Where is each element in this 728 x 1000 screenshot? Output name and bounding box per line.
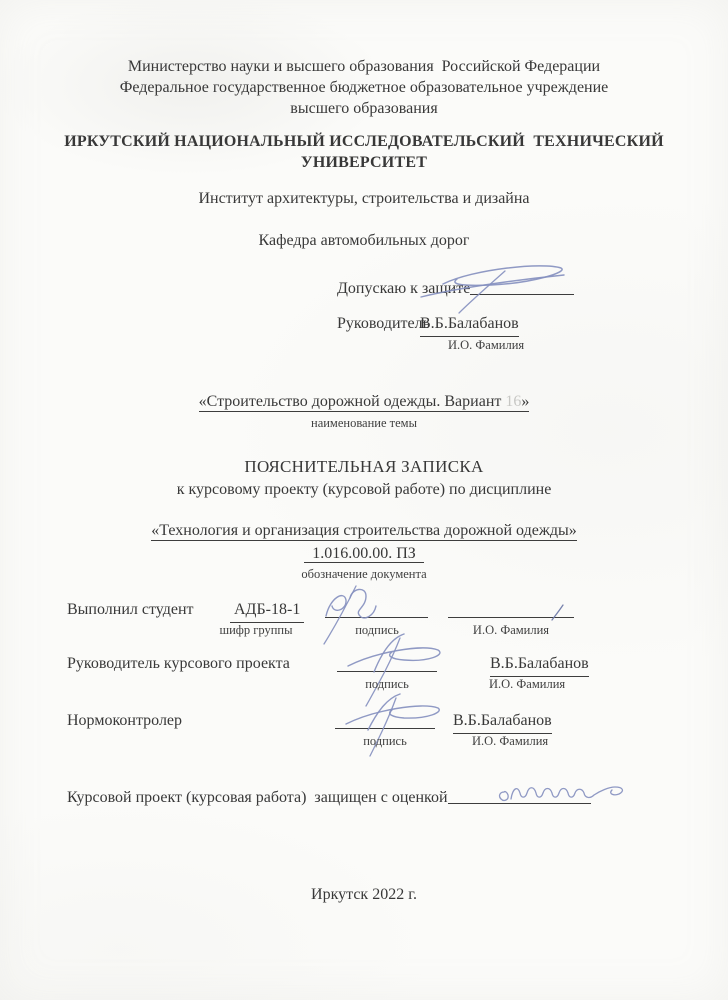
student-group-code: АДБ-18-1 — [230, 600, 304, 623]
document-code-caption: обозначение документа — [0, 566, 728, 582]
ministry-block: Министерство науки и высшего образования… — [0, 56, 728, 119]
grade-statement: Курсовой проект (курсовая работа) защище… — [67, 789, 448, 806]
university-name: ИРКУТСКИЙ НАЦИОНАЛЬНЫЙ ИССЛЕДОВАТЕЛЬСКИЙ… — [0, 131, 728, 173]
advisor-name-caption: И.О. Фамилия — [489, 676, 565, 692]
student-name-caption: И.О. Фамилия — [452, 622, 570, 638]
title-page-scan: Министерство науки и высшего образования… — [0, 0, 728, 1000]
ministry-line-1: Министерство науки и высшего образования… — [0, 56, 728, 77]
university-line-2: УНИВЕРСИТЕТ — [0, 152, 728, 173]
supervisor-label: Руководитель — [337, 314, 430, 335]
discipline-title: «Технология и организация строительства … — [0, 521, 728, 542]
document-code: 1.016.00.00. ПЗ — [0, 544, 728, 565]
advisor-name: В.Б.Балабанов — [490, 654, 589, 677]
grade-handwriting-stroke — [496, 779, 636, 809]
institute-name: Институт архитектуры, строительства и ди… — [0, 189, 728, 210]
approve-signature-stroke — [413, 260, 573, 315]
normcontrol-name-caption: И.О. Фамилия — [472, 733, 548, 749]
university-line-1: ИРКУТСКИЙ НАЦИОНАЛЬНЫЙ ИССЛЕДОВАТЕЛЬСКИЙ… — [0, 131, 728, 152]
normcontrol-label: Нормоконтролер — [67, 711, 182, 732]
ministry-line-3: высшего образования — [0, 98, 728, 119]
topic-caption: наименование темы — [0, 415, 728, 431]
advisor-label: Руководитель курсового проекта — [67, 654, 290, 675]
student-label: Выполнил студент — [67, 600, 194, 621]
department-name: Кафедра автомобильных дорог — [0, 231, 728, 252]
topic-title-text: «Строительство дорожной одежды. Вариант — [199, 393, 506, 410]
student-name-tick-stroke — [550, 603, 566, 621]
normcontrol-signature-caption: подпись — [340, 733, 430, 749]
document-subtitle: к курсовому проекту (курсовой работе) по… — [0, 480, 728, 501]
normcontrol-name: В.Б.Балабанов — [453, 711, 552, 734]
topic-variant-number: 16 — [505, 393, 521, 410]
topic-title: «Строительство дорожной одежды. Вариант … — [0, 392, 728, 413]
topic-title-close-quote: » — [521, 393, 529, 410]
document-type-title: ПОЯСНИТЕЛЬНАЯ ЗАПИСКА — [0, 456, 728, 478]
supervisor-name: В.Б.Балабанов — [420, 314, 519, 337]
city-year: Иркутск 2022 г. — [0, 885, 728, 906]
group-caption: шифр группы — [208, 622, 304, 638]
ministry-line-2: Федеральное государственное бюджетное об… — [0, 77, 728, 98]
supervisor-name-caption: И.О. Фамилия — [448, 337, 524, 353]
